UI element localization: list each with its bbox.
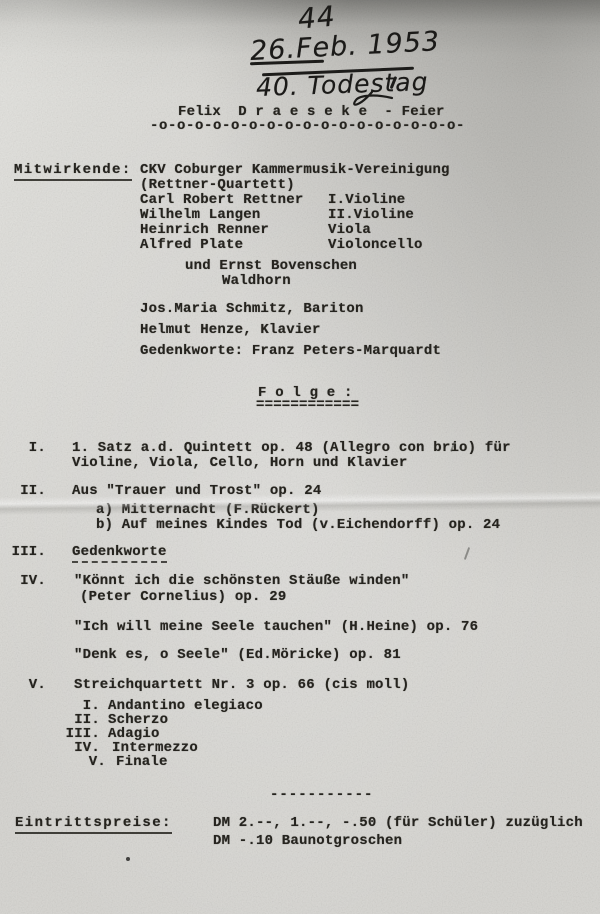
member-instrument: I.Violine bbox=[328, 193, 405, 208]
member-instrument: II.Violine bbox=[328, 208, 414, 223]
program-numeral-1: I. bbox=[0, 441, 46, 456]
ensemble-subname: (Rettner-Quartett) bbox=[140, 178, 295, 193]
prices-line2: DM -.10 Baunotgroschen bbox=[213, 834, 402, 849]
program-item-4-line3: "Ich will meine Seele tauchen" (H.Heine)… bbox=[74, 620, 478, 635]
prices-line1: DM 2.--, 1.--, -.50 (für Schüler) zuzügl… bbox=[213, 816, 583, 831]
soloist-bariton: Jos.Maria Schmitz, Bariton bbox=[140, 302, 364, 317]
anniversary-annotation: 40. Todestag bbox=[256, 67, 429, 102]
program-item-4-line4: "Denk es, o Seele" (Ed.Möricke) op. 81 bbox=[74, 648, 401, 663]
program-item-3-line1: Gedenkworte bbox=[72, 545, 167, 563]
member-instrument: Viola bbox=[328, 223, 371, 238]
horn-player: und Ernst Bovenschen bbox=[185, 259, 357, 274]
program-item-5-line1: Streichquartett Nr. 3 op. 66 (cis moll) bbox=[74, 678, 409, 693]
program-item-2-sub-b: b) Auf meines Kindes Tod (v.Eichendorff)… bbox=[96, 518, 500, 533]
page-number-annotation: 44 bbox=[297, 0, 337, 36]
title-underline: -o-o-o-o-o-o-o-o-o-o-o-o-o-o-o-o-o- bbox=[150, 119, 465, 134]
member-instrument: Violoncello bbox=[328, 238, 423, 253]
program-item-4-line1: "Könnt ich die schönsten Stäuße winden" bbox=[74, 574, 409, 589]
member-name: Alfred Plate bbox=[140, 238, 243, 253]
member-name: Carl Robert Rettner bbox=[140, 193, 303, 208]
speaker-line: Gedenkworte: Franz Peters-Marquardt bbox=[140, 344, 441, 359]
section-divider: ----------- bbox=[270, 788, 373, 803]
ensemble-name: CKV Coburger Kammermusik-Vereinigung bbox=[140, 163, 450, 178]
program-heading-underline: ============ bbox=[256, 398, 359, 413]
pencil-mark bbox=[464, 547, 470, 560]
soloist-klavier: Helmut Henze, Klavier bbox=[140, 323, 321, 338]
program-numeral-5: V. bbox=[0, 678, 46, 693]
program-numeral-3: III. bbox=[0, 545, 46, 560]
prices-label: Eintrittspreise: bbox=[15, 816, 172, 834]
member-name: Heinrich Renner bbox=[140, 223, 269, 238]
program-item-4-line2: (Peter Cornelius) op. 29 bbox=[80, 590, 286, 605]
horn-instrument: Waldhorn bbox=[222, 274, 291, 289]
member-name: Wilhelm Langen bbox=[140, 208, 260, 223]
ink-speck bbox=[126, 857, 130, 861]
movement-numeral: V. bbox=[6, 755, 106, 770]
program-numeral-4: IV. bbox=[0, 574, 46, 589]
scanned-program-page: 44 26.Feb. 1953 40. Todestag Felix D r a… bbox=[0, 0, 600, 914]
movement-title: Finale bbox=[116, 755, 168, 770]
movement-numeral: IV. bbox=[0, 741, 100, 756]
program-item-1-line2: Violine, Viola, Cello, Horn und Klavier bbox=[72, 456, 407, 471]
mitwirkende-label: Mitwirkende: bbox=[14, 163, 132, 181]
program-item-1-line1: 1. Satz a.d. Quintett op. 48 (Allegro co… bbox=[72, 441, 511, 456]
